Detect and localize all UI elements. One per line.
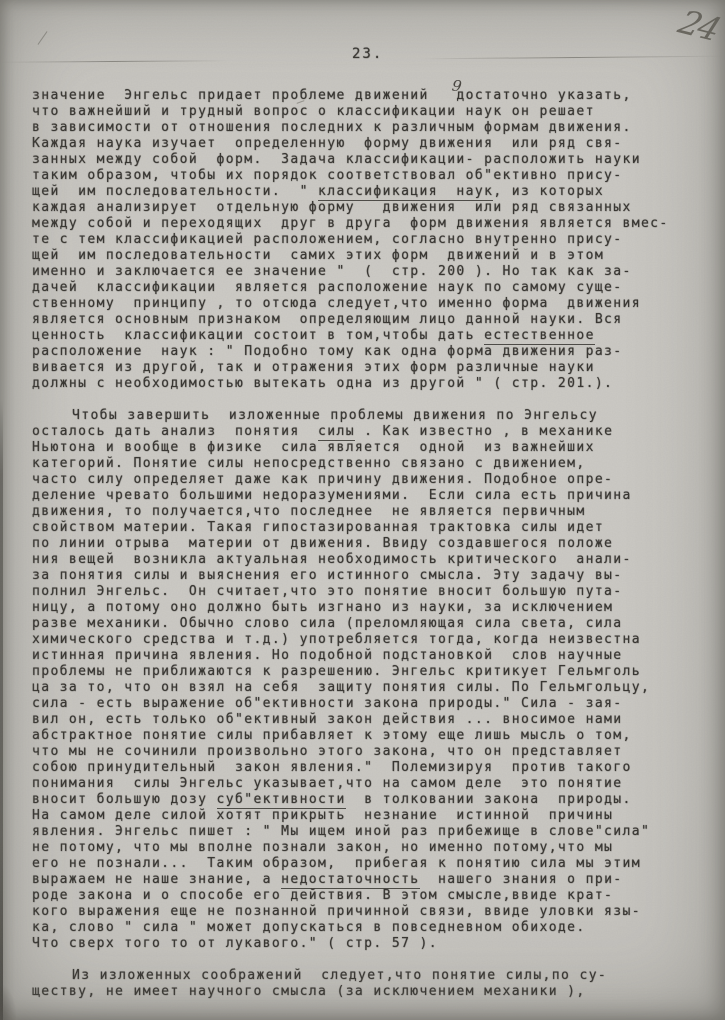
scan-edge-shadow — [0, 400, 3, 1020]
text-line: На самом деле силой хотят прикрыть незна… — [32, 808, 702, 824]
text-line: каждая анализирует отдельную форму движе… — [32, 200, 702, 216]
text-line: что мы не сочинили произвольно этого зак… — [32, 744, 702, 760]
text-line: понимания силы Энгельс указывает,что на … — [32, 776, 702, 792]
text-line: выражаем не наше знание, а недостаточнос… — [32, 872, 702, 888]
text-line: Чтобы завершить изложенные проблемы движ… — [32, 408, 702, 424]
text-line: свойством материи. Такая гипостазированн… — [32, 520, 702, 536]
text-line: в зависимости от отношения последних к р… — [32, 120, 702, 136]
crease-mark — [38, 31, 48, 45]
text-line: именно и заключается ее значение " ( стр… — [32, 264, 702, 280]
text-line: ществу, не имеет научного смысла (за иск… — [32, 984, 702, 1000]
paper-background: 23. 24 9 значение Энгельс придает пробле… — [0, 0, 725, 1020]
text-line: движения, то получается,что последнее не… — [32, 504, 702, 520]
scratch-line — [420, 56, 725, 60]
text-line: вил он, есть только об"ективный закон де… — [32, 712, 702, 728]
text-line: ственному принципу , то отсюда следует,ч… — [32, 296, 702, 312]
text-line: разве механики. Обычно слово сила (прело… — [32, 616, 702, 632]
text-line: ка, слово " сила " может допускаться в п… — [32, 920, 702, 936]
text-line: истинная причина явления. Но подобной по… — [32, 648, 702, 664]
text-line: его не познали... Таким образом, прибега… — [32, 856, 702, 872]
text-line: значение Энгельс придает проблеме движен… — [32, 88, 702, 104]
paragraph: значение Энгельс придает проблеме движен… — [32, 88, 702, 392]
text-line: полнил Энгельс. Он считает,что это понят… — [32, 584, 702, 600]
handwritten-page-number: 24 — [673, 3, 725, 49]
text-line: кого выражения еще не познанной причинно… — [32, 904, 702, 920]
paragraph: Из изложенных соображений следует,что по… — [32, 968, 702, 1000]
text-line: часто силу определяет даже как причину д… — [32, 472, 702, 488]
text-line: Каждая наука изучает определенную форму … — [32, 136, 702, 152]
text-line: вносит большую дозу суб"ективности в тол… — [32, 792, 702, 808]
text-line: расположение наук : " Подобно тому как о… — [32, 344, 702, 360]
text-line: Ньютона и вообще в физике сила является … — [32, 440, 702, 456]
text-line: деление чревато большими недоразумениями… — [32, 488, 702, 504]
text-line: химического средства и т.д.) употребляет… — [32, 632, 702, 648]
text-line: должны с необходимостью вытекать одна из… — [32, 376, 702, 392]
text-line: дачей классификации является расположени… — [32, 280, 702, 296]
text-line: ницу, а потому оно должно быть изгнано и… — [32, 600, 702, 616]
text-line: Из изложенных соображений следует,что по… — [32, 968, 702, 984]
text-line: Что сверх того то от лукавого." ( стр. 5… — [32, 936, 702, 952]
text-line: вивается из другой, так и отражения этих… — [32, 360, 702, 376]
text-line: занных между собой форм. Задача классифи… — [32, 152, 702, 168]
text-line: таким образом, чтобы их порядок соответс… — [32, 168, 702, 184]
typed-page-number: 23. — [352, 46, 383, 62]
text-line: является основным признаком определяющим… — [32, 312, 702, 328]
text-line: по линии отрыва материи от движения. Вви… — [32, 536, 702, 552]
scan-edge-blot — [0, 985, 16, 1020]
text-line: не потому, что мы вполне познали закон, … — [32, 840, 702, 856]
text-line: ца за то, что он взял на себя защиту пон… — [32, 680, 702, 696]
text-block: значение Энгельс придает проблеме движен… — [32, 88, 702, 1016]
scanned-page: { "page": { "typed_page_number": "23.", … — [0, 0, 725, 1020]
text-line: сила - есть выражение об"ективности зако… — [32, 696, 702, 712]
text-line: между собой и переходящих друг в друга ф… — [32, 216, 702, 232]
text-line: собою принудительный закон явления." Пол… — [32, 760, 702, 776]
text-line: категорий. Понятие силы непосредственно … — [32, 456, 702, 472]
scratch-line — [0, 60, 230, 63]
paragraph: Чтобы завершить изложенные проблемы движ… — [32, 408, 702, 952]
text-line: явления. Энгельс пишет : " Мы ищем иной … — [32, 824, 702, 840]
text-line: за понятия силы и выяснения его истинног… — [32, 568, 702, 584]
text-line: ния вещей возникла актуальная необходимо… — [32, 552, 702, 568]
text-line: проблемы не приближаются к разрешению. Э… — [32, 664, 702, 680]
text-line: щей им последовательности. " классификац… — [32, 184, 702, 200]
text-line: роде закона и о способе его действия. В … — [32, 888, 702, 904]
text-line: те с тем классификацией расположением, с… — [32, 232, 702, 248]
text-line: абстрактное понятие силы прибавляет к эт… — [32, 728, 702, 744]
text-line: осталось дать анализ понятия силы . Как … — [32, 424, 702, 440]
text-line: ценность классификации состоит в том,что… — [32, 328, 702, 344]
text-line: щей им последовательности самих этих фор… — [32, 248, 702, 264]
text-line: что важнейший и трудный вопрос о классиф… — [32, 104, 702, 120]
